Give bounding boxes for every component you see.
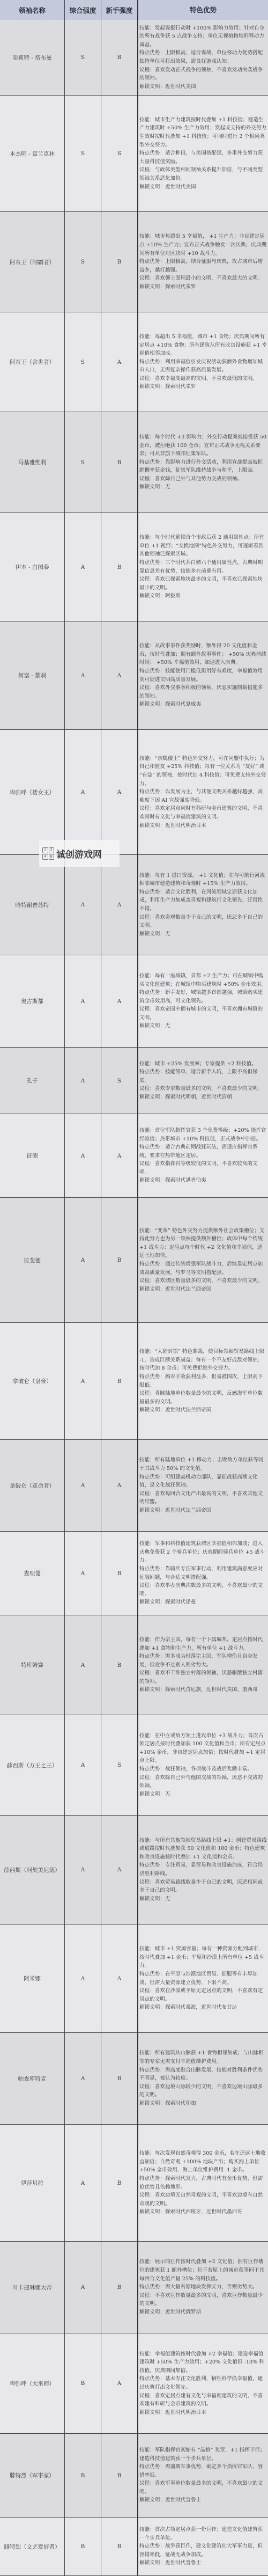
description-line: 解锁文明：探索时代夏威夷 — [139, 700, 267, 709]
novice-strength: S — [101, 96, 138, 211]
description-line: 解锁文明：近世时代法兰西帝国 — [139, 1506, 267, 1515]
feature-description: 技能：城市每超出 5 幸福值， +1 生产力；非自建定居点 +10% 生产力；宣… — [138, 212, 268, 312]
description-line: 技能：每次发现自然奇观得 300 金币，若在遥远土地收益加倍；自然奇观 +100… — [139, 2149, 267, 2175]
watermark: 2 2 4 8 诚创游戏网 — [39, 840, 120, 867]
leader-name: 帕查库特克 — [0, 2033, 65, 2124]
description-line: 技能：“大陆封锁” 特色制裁，使目标领袖贸易路线上限 -1，造成巨额关系减益；每… — [139, 1348, 267, 1373]
table-row: 阿育王（制霸者）SB技能：城市每超出 5 幸福值， +1 生产力；非自建定居点 … — [0, 212, 268, 312]
description-line: 议程：喜欢军事单位数量最多的文明，不喜欢最少的文明。 — [139, 2479, 267, 2496]
description-line: 特点优势：利用幸福值引发庆祝活动获额外食物增加城市人口，无需复杂操作获高质量发展… — [139, 358, 267, 375]
logo-digit: 4 — [42, 854, 48, 860]
description-line: 技能：作为宗主国，每有一个下属城邦，定居点按时代叠加 +1 食物和生产力，所有单… — [139, 1636, 267, 1652]
table-row: 薛西斯（万王之王）AS技能：在中立或敌方领土进攻单位 +3 战斗力；首次占领定居… — [0, 1715, 268, 1816]
description-line: 特点优势：需前期军事优势，确定多个指挥官军队，容错率低。 — [139, 2463, 267, 2479]
leader-name: 哈特谢普苏特 — [0, 855, 65, 955]
description-line: 议程：喜欢城区数量最多的文明，不喜欢最少的文明。 — [139, 1277, 267, 1285]
description-line: 议程：与政体类型相同领袖关系提升加倍，与不同类型领袖关系恶化加倍。 — [139, 166, 267, 182]
description-line: 解锁文明：探索时代满者伯夷 — [139, 1176, 267, 1185]
novice-strength: B — [101, 2125, 138, 2241]
novice-strength: A — [101, 2333, 138, 2433]
leader-name: 薛西斯（万王之王） — [0, 1715, 65, 1815]
novice-strength: S — [101, 1715, 138, 1815]
overall-strength: S — [65, 312, 101, 412]
novice-strength: B — [101, 2242, 138, 2333]
novice-strength: A — [101, 1114, 138, 1197]
leader-name: 拉斐德 — [0, 1198, 65, 1322]
feature-description: 技能：军队指挥官初始有 “品格” 奖章，+1 指挥半径；建造科技值建筑获一个步兵… — [138, 2434, 268, 2517]
description-line: 技能：在中立或敌方领土进攻单位 +3 战斗力；首次占领定居点按时代叠加获 100… — [139, 1732, 267, 1765]
feature-description: 技能：每有一座城镇，首都 +2 生产力；可在城镇中购买文化值建筑；在城镇中购买建… — [138, 955, 268, 1047]
watermark-text: 诚创游戏网 — [56, 847, 102, 860]
feature-description: 技能：“变革” 特色外交努力提供额外社会政策槽位；支持此努力也为另一领袖提供额外… — [138, 1198, 268, 1322]
description-line: 特点优势：搞对手收获利益多，但易被围攻，上限高下限低。 — [139, 1373, 267, 1389]
description-line: 议程：喜欢定居点同时有科研与金币建筑的文明，不喜欢同时有文化与幸福度建筑的文明。 — [139, 804, 267, 821]
leader-name: 特库姆赛 — [0, 1615, 65, 1715]
feature-description: 技能：每个时代解锁首个市政后获 2 通用属性点；所有单位 +1 视野；“交换地图… — [138, 513, 268, 621]
novice-strength: B — [101, 212, 138, 312]
description-line: 技能：城市 +1 资源容量；每有一种资源分配到城市，按时代叠加 +1 金币；平原… — [139, 1945, 267, 1970]
table-row: 本杰明 - 富兰克林SS技能：城市生产力建筑按时代叠加 +1 科技值；建造生产力… — [0, 96, 268, 212]
description-line: 议程：喜欢除自己外与他国交战的领袖，厌恶不交战的领袖。 — [139, 1774, 267, 1790]
leader-name: 马基雅维利 — [0, 412, 65, 513]
table-row: 卑弥呼（大巫师）BA技能：幸福值建筑按时代叠加 +2 幸福值；建造幸福值建筑时 … — [0, 2333, 268, 2434]
table-row: 拉斐德AB技能：“变革” 特色外交努力提供额外社会政策槽位；支持此努力也为另一领… — [0, 1198, 268, 1323]
description-line: 解锁文明：探索时代诺曼 — [139, 1598, 267, 1607]
description-line: 特点优势：上限极高，适合谍战，单位移动力优势搭配独特单位可打出效果，需良好游戏认… — [139, 49, 267, 65]
novice-strength: A — [101, 312, 138, 412]
logo-digit: 8 — [49, 854, 55, 860]
description-line: 解锁文明：无 — [139, 1022, 267, 1030]
feature-description: 技能：与所有其他领袖贸易路线上限 +1；创建贸易路线或道路按时代叠加获 50 文… — [138, 1816, 268, 1924]
overall-strength: A — [65, 621, 101, 729]
description-line: 解锁文明：探索时代西班牙，近世时代墨西哥 — [139, 2208, 267, 2216]
description-line: 议程：喜欢帝国中拥有城市的文明，不喜欢拥有城镇的文明。 — [139, 1005, 267, 1022]
feature-description: 技能：所有建筑从山脉获 +1 食物相邻加成；与山脉相邻的专家无需支付幸福值维护费… — [138, 2033, 268, 2124]
description-line: 特点优势：新手友好，城镇越多首都越强，城镇购买建筑金币效用高，可文化领先。 — [139, 989, 267, 1005]
description-line: 解锁文明：探索时代朱罗 — [139, 383, 267, 391]
description-line: 议程：喜欢贸易路线数量少于自己的文明，厌恶相同或多于自己的文明。 — [139, 1878, 267, 1895]
overall-strength: S — [65, 212, 101, 312]
novice-strength: S — [101, 1048, 138, 1114]
description-line: 特点优势：上限极高，结合征服与庆典，攻占城市后增益多，越打越强。 — [139, 258, 267, 274]
description-line: 技能：城市每超出 5 幸福值， +1 生产力；非自建定居点 +10% 生产力；宣… — [139, 232, 267, 258]
leader-name: 本杰明 - 富兰克林 — [0, 96, 65, 211]
description-line: 解锁文明：无 — [139, 483, 267, 492]
feature-description: 技能：发起谍报行动时 +100% 影响力效用；针对自身的所有战争获 5 点战争支… — [138, 20, 268, 95]
feature-description: 技能：首次占领定居点获一份巨作；建造文化值建筑获一个步兵单位。特点优势：战争获巨… — [138, 2518, 268, 2575]
logo-digit: 2 — [49, 847, 55, 853]
logo-digit: 2 — [42, 847, 48, 853]
description-line: 议程：喜欢定居点建有文化与幸福度建筑的文明，不喜欢建有科研与金币建筑的文明。 — [139, 2392, 267, 2409]
overall-strength: A — [65, 1715, 101, 1815]
table-row: 拿破仑（革命者）AA技能：所有陆地单位 +1 移动力；击败敌方单位获等同于其战斗… — [0, 1440, 268, 1532]
leader-name: 阿米娜 — [0, 1924, 65, 2032]
leader-name: 查理曼 — [0, 1532, 65, 1615]
leader-name: 阿育王（制霸者） — [0, 212, 65, 312]
description-line: 解锁文明：无 — [139, 1895, 267, 1904]
description-line: 技能：军事和科技值建筑获城区幸福值相邻加成；进入庆典免费获 2 个骑兵单位；庆典… — [139, 1540, 267, 1565]
overall-strength: A — [65, 730, 101, 854]
overall-strength: S — [65, 412, 101, 513]
description-line: 特点优势：通过传统增强军队战斗力，后续靠定居点加成高质量发展，与罗马等文明搭配强… — [139, 1260, 267, 1277]
description-line: 议程：青睐陆地单位数量最少的文明，反感海军单位数量最多的文明。 — [139, 1389, 267, 1406]
table-row: 腓特烈（军事家）BB技能：军队指挥官初始有 “品格” 奖章，+1 指挥半径；建造… — [0, 2434, 268, 2518]
novice-strength: B — [101, 513, 138, 621]
feature-description: 技能：所有陆地单位 +1 移动力；击败敌方单位获等同于其战斗力 50% 的文化值… — [138, 1440, 268, 1531]
overall-strength: A — [65, 1198, 101, 1322]
leader-name: 卑弥呼（大巫师） — [0, 2333, 65, 2433]
overall-strength: A — [65, 1532, 101, 1615]
table-row: 奥古斯都AA技能：每有一座城镇，首都 +2 生产力；可在城镇中购买文化值建筑；在… — [0, 955, 268, 1048]
feature-description: 技能：“大陆封锁” 特色制裁，使目标领袖贸易路线上限 -1，造成巨额关系减益；每… — [138, 1323, 268, 1439]
description-line: 特点优势：适合古典前期战狂玩法，需适应指挥官系统，要求在热带地区定居。 — [139, 1143, 267, 1160]
novice-strength: B — [101, 2434, 138, 2517]
leader-name: 腓特烈（文艺爱好者） — [0, 2518, 65, 2575]
table-row: 伊本 - 白图泰AB技能：每个时代解锁首个市政后获 2 通用属性点；所有单位 +… — [0, 513, 268, 621]
description-line: 解锁文明：探索时代朱罗 — [139, 283, 267, 291]
feature-description: 技能：城市 +25% 发展率；专家提供 +2 科技值。特点优势：技能简单，适合新… — [138, 1048, 268, 1114]
description-line: 议程：喜欢除自己外与其他势力交战的领袖。 — [139, 475, 267, 484]
description-line: 技能：首位军队指挥官获 3 个免费等级；+20% 指挥官经验值；热带城市 +10… — [139, 1126, 267, 1143]
description-line: 解锁文明：近世时代普鲁士 — [139, 2559, 267, 2567]
description-line: 技能：幸福值建筑按时代叠加 +2 幸福值；建造幸福值建筑时 +50% 生产力效用… — [139, 2350, 267, 2375]
description-line: 技能：“变革” 特色外交努力提供额外社会政策槽位；支持此努力也为另一领袖提供额外… — [139, 1227, 267, 1260]
table-row: 征侧AA技能：首位军队指挥官获 3 个免费等级；+20% 指挥官经验值；热带城市… — [0, 1114, 268, 1198]
description-line: 议程：喜欢每回合文化产出最高的文明，不喜欢其他文明结盟。 — [139, 1490, 267, 1506]
description-line: 特点优势：战狂领袖，各项战斗及战后奖励丰富。 — [139, 1765, 267, 1774]
description-line: 特点优势：以发展为主，与其他文明关系越好越强，高难度下因 AI 宣战强度降低。 — [139, 788, 267, 804]
description-line: 解锁文明：近世时代普鲁士 — [139, 2496, 267, 2505]
description-line: 解锁文明：无 — [139, 1790, 267, 1799]
feature-description: 技能：幸福值建筑按时代叠加 +2 幸福值；建造幸福值建筑时 +50% 生产力效用… — [138, 2333, 268, 2433]
overall-strength: A — [65, 1816, 101, 1924]
description-line: 议程：喜欢专家数量最多的文明，不喜欢最少的文明。 — [139, 1085, 267, 1093]
description-line: 议程：喜欢奇观数量少于自己的文明，厌恶多于自己的文明。 — [139, 913, 267, 930]
description-line: 议程：喜欢不干涉独立村落的领袖，厌恶驱散独立村落的领袖。 — [139, 1669, 267, 1686]
description-line: 议程：喜欢外交事务积极的领袖，厌恶实施制裁措施多的领袖。 — [139, 684, 267, 700]
description-line: 解锁文明：无 — [139, 930, 267, 939]
description-line: 议程：喜欢在沙漠或平原无定居点的文明，不喜欢有定居点的文明。 — [139, 1987, 267, 2003]
description-line: 解锁文明：近世时代法兰西帝国 — [139, 1406, 267, 1415]
description-line: 特点优势：可组建高机动力部队，靠征战获高额文化值，是文化战狂领袖。 — [139, 1473, 267, 1490]
leader-name: 孔子 — [0, 1048, 65, 1114]
description-line: 特点优势：探索时代发力，古典时代有金币优势，但需抢优势且依赖地形。 — [139, 2175, 267, 2191]
description-line: 解锁文明：探索时代印加 — [139, 2099, 267, 2108]
table-header: 领袖名称 综合强度 新手强度 特色优势 — [0, 0, 268, 20]
novice-strength: A — [101, 730, 138, 854]
overall-strength: A — [65, 1114, 101, 1197]
overall-strength: A — [65, 1924, 101, 2032]
description-line: 技能：展示的巨作按时代叠加 +2 文化值；拥有巨作槽位的建筑获 1 额外槽位；位… — [139, 2258, 267, 2283]
watermark-logo-icon: 2 2 4 8 — [42, 847, 54, 859]
description-line: 技能：每有一座城镇，首都 +2 生产力；可在城镇中购买文化值建筑；在城镇中购买建… — [139, 972, 267, 989]
overall-strength: B — [65, 2434, 101, 2517]
leader-name: 何塞 - 黎刹 — [0, 621, 65, 729]
leader-name: 阿育王（舍世者） — [0, 312, 65, 412]
novice-strength: B — [101, 2518, 138, 2575]
overall-strength: A — [65, 1440, 101, 1531]
novice-strength: B — [101, 2033, 138, 2124]
header-overall-strength: 综合强度 — [65, 0, 101, 20]
description-line: 议程：不喜欢巨作数量最多的文明，喜欢巨作数量最少的文明。 — [139, 2292, 267, 2308]
description-line: 议程：喜欢已探索地块最多的文明，不喜欢已探索地块最少的文明。 — [139, 575, 267, 592]
leader-name: 伊莎贝拉 — [0, 2125, 65, 2241]
description-line: 议程：喜欢发动正式战争的领袖，不喜欢发动突袭战争的领袖。 — [139, 66, 267, 83]
leader-name: 征侧 — [0, 1114, 65, 1197]
table-row: 哈特谢普苏特AA技能：每有 1 进口资源， +1 文化值；在与可航行河流相邻城市… — [0, 855, 268, 955]
description-line: 技能：所有陆地单位 +1 移动力；击败敌方单位获等同于其战斗力 50% 的文化值… — [139, 1456, 267, 1473]
novice-strength: B — [101, 1198, 138, 1322]
feature-description: 技能：从故事事件获奖励时，额外得 20 文化值和金币，按时代叠加；拥有额外故事事… — [138, 621, 268, 729]
description-line: 技能：所有建筑从山脉获 +1 食物相邻加成；与山脉相邻的专家无需支付幸福值维护费… — [139, 2049, 267, 2066]
overall-strength: A — [65, 513, 101, 621]
overall-strength: B — [65, 2518, 101, 2575]
table-row: 查理曼AB技能：军事和科技值建筑获城区幸福值相邻加成；进入庆典免费获 2 个骑兵… — [0, 1532, 268, 1615]
description-line: 特点优势：需大量苔原地块发挥实力，否则劣势大。 — [139, 2283, 267, 2292]
description-line: 技能：军队指挥官初始有 “品格” 奖章，+1 指挥半径；建造科技值建筑获一个步兵… — [139, 2446, 267, 2463]
table-row: 伊莎贝拉AB技能：每次发现自然奇观得 300 金币，若在遥远土地收益加倍；自然奇… — [0, 2125, 268, 2242]
novice-strength: B — [101, 1323, 138, 1439]
description-line: 解锁文明：探索时代桑海，近世时代布甘达 — [139, 2003, 267, 2012]
description-line: 特点优势：需多成为村落宗主国，军队增伤且自身发展，但竞争不过别人则劣势大。 — [139, 1652, 267, 1669]
feature-description: 技能：展示的巨作按时代叠加 +2 文化值；拥有巨作槽位的建筑获 1 额外槽位；位… — [138, 2242, 268, 2333]
description-line: 解锁文明：探索时代明朝，近世时代清朝 — [139, 1093, 267, 1102]
feature-description: 技能：城市 +1 资源容量；每有一种资源分配到城市，按时代叠加 +1 金币；平原… — [138, 1924, 268, 2032]
novice-strength: A — [101, 1924, 138, 2032]
description-line: 解锁文明：近世时代美国 — [139, 83, 267, 91]
leader-name: 薛西斯（阿契美尼德） — [0, 1816, 65, 1924]
description-line: 特点优势：靠影响力进行外交活动，利用宣战提高被拒绝概率获金钱，征集军队维持战争与… — [139, 458, 267, 475]
overall-strength: A — [65, 955, 101, 1047]
leader-name: 拿破仑（皇帝） — [0, 1323, 65, 1439]
table-row: 马基雅维利SB技能：每个时代 +3 影响力；外交行动提案被接受获 50 金币，被… — [0, 412, 268, 513]
overall-strength: S — [65, 20, 101, 95]
feature-description: 技能：每超出 5 幸福值，城市 +1 食物；庆典期间所有定居点 +10% 食物；… — [138, 312, 268, 412]
feature-description: 技能：城市生产力建筑按时代叠加 +1 科技值；建造生产力建筑时 +50% 生产力… — [138, 96, 268, 211]
description-line: 技能：每超出 5 幸福值，城市 +1 食物；庆典期间所有定居点 +10% 食物；… — [139, 333, 267, 358]
description-line: 技能：发起谍报行动时 +100% 影响力效用；针对自身的所有战争获 5 点战争支… — [139, 24, 267, 49]
description-line: 技能：每个时代 +3 影响力；外交行动提案被接受获 50 金币，被拒绝获 100… — [139, 433, 267, 458]
description-line: 特点优势：基本专注文化胜利，牺牲科学换幸福值，通过庆典打出文化领先。 — [139, 2375, 267, 2391]
feature-description: 技能：每个时代 +3 影响力；外交行动提案被接受获 50 金币，被拒绝获 100… — [138, 412, 268, 513]
description-line: 技能：“亲魏倭王” 特色外交努力，可在同盟中执行；为自己和盟友 +25% 科技值… — [139, 755, 267, 788]
description-line: 议程：喜欢指挥官等级较低的文明，不喜欢较高的文明。 — [139, 1160, 267, 1176]
feature-description: 技能：在中立或敌方领土进攻单位 +3 战斗力；首次占领定居点按时代叠加获 100… — [138, 1715, 268, 1815]
description-line: 技能：每有 1 进口资源， +1 文化值；在与可航行河流相邻城市建造建筑和奇观时… — [139, 872, 267, 888]
description-line: 议程：喜欢边境山脉较少的文明，不喜欢边境山脉最多的文明。 — [139, 2083, 267, 2099]
overall-strength: A — [65, 855, 101, 955]
overall-strength: A — [65, 1323, 101, 1439]
description-line: 特点优势：专注贸易，靠贸易和改良设施加成，符合经济胜利路线。 — [139, 1861, 267, 1878]
novice-strength: A — [101, 1440, 138, 1531]
feature-description: 技能：每次发现自然奇观得 300 金币，若在遥远土地收益加倍；自然奇观 +100… — [138, 2125, 268, 2241]
overall-strength: A — [65, 1048, 101, 1114]
description-line: 技能：与所有其他领袖贸易路线上限 +1；创建贸易路线或道路按时代叠加获 50 文… — [139, 1836, 267, 1862]
novice-strength: B — [101, 412, 138, 513]
table-row: 哈莉特 - 塔布曼SB技能：发起谍报行动时 +100% 影响力效用；针对自身的所… — [0, 20, 268, 96]
feature-description: 技能：首位军队指挥官获 3 个免费等级；+20% 指挥官经验值；热带城市 +10… — [138, 1114, 268, 1197]
table-row: 卑弥呼（倭女王）AA技能：“亲魏倭王” 特色外交努力，可在同盟中执行；为自己和盟… — [0, 730, 268, 855]
header-features: 特色优势 — [138, 0, 268, 20]
overall-strength: A — [65, 2242, 101, 2333]
description-line: 技能：城市 +25% 发展率；专家提供 +2 科技值。 — [139, 1060, 267, 1069]
overall-strength: A — [65, 1615, 101, 1715]
description-line: 议程：喜欢幸福度最高的文明，不喜欢最低的文明。 — [139, 375, 267, 383]
description-line: 特点优势：适合文化胜利，在河流领域定居获文化加成，利用生产力加成盖奇观和建筑打文… — [139, 888, 267, 913]
description-line: 解锁文明：近世时代明治日本 — [139, 2409, 267, 2417]
overall-strength: A — [65, 2125, 101, 2241]
novice-strength: B — [101, 1532, 138, 1615]
leader-name: 哈莉特 - 塔布曼 — [0, 20, 65, 95]
description-line: 解锁文明：近世时代明治日本 — [139, 822, 267, 830]
leader-name: 奥古斯都 — [0, 955, 65, 1047]
novice-strength: A — [101, 1816, 138, 1924]
description-line: 议程：喜欢举办庆典次数最多的文明，不喜欢最少的文明。 — [139, 1582, 267, 1598]
description-line: 解锁文明：探索时代肖尼族，近世时代美国、墨西哥 — [139, 1686, 267, 1694]
description-line: 技能：城市生产力建筑按时代叠加 +1 科技值；建造生产力建筑时 +50% 生产力… — [139, 116, 267, 149]
description-line: 解锁文明：近世时代俄罗斯 — [139, 2308, 267, 2317]
feature-description: 技能：军事和科技值建筑获城区幸福值相邻加成；进入庆典免费获 2 个骑兵单位；庆典… — [138, 1532, 268, 1615]
description-line: 特点优势：靠骑兵专注军事行动，利用建筑满意度应对征服问题，与合适文明搭配强。 — [139, 1565, 267, 1582]
feature-description: 技能：每有 1 进口资源， +1 文化值；在与可航行河流相邻城市建造建筑和奇观时… — [138, 855, 268, 955]
novice-strength: A — [101, 855, 138, 955]
description-line: 特点优势：在平原与沙漠地区贸易、征服等有丰厚加成，但需大量资源建立优势，下限不高… — [139, 1970, 267, 1987]
leader-name: 伊本 - 白图泰 — [0, 513, 65, 621]
description-line: 解锁文明：近世时代法兰西帝国 — [139, 1285, 267, 1294]
overall-strength: A — [65, 2033, 101, 2124]
novice-strength: A — [101, 621, 138, 729]
novice-strength: B — [101, 20, 138, 95]
leader-name: 卑弥呼（倭女王） — [0, 730, 65, 854]
header-leader-name: 领袖名称 — [0, 0, 65, 20]
header-novice-strength: 新手强度 — [101, 0, 138, 20]
leader-name: 叶卡捷琳娜大帝 — [0, 2242, 65, 2333]
description-line: 特点优势：需高度贴合山脉发展，技能对胜利条件优势不明显，被认为较废。 — [139, 2066, 267, 2083]
description-line: 技能：每个时代解锁首个市政后获 2 通用属性点；所有单位 +1 视野；“交换地图… — [139, 533, 267, 559]
table-row: 腓特烈（文艺爱好者）BB技能：首次占领定居点获一份巨作；建造文化值建筑获一个步兵… — [0, 2518, 268, 2576]
table-row: 阿育王（舍世者）SA技能：每超出 5 幸福值，城市 +1 食物；庆典期间所有定居… — [0, 312, 268, 412]
feature-description: 技能：“亲魏倭王” 特色外交努力，可在同盟中执行；为自己和盟友 +25% 科技值… — [138, 730, 268, 854]
table-row: 何塞 - 黎刹AA技能：从故事事件获奖励时，额外得 20 文化值和金币，按时代叠… — [0, 621, 268, 730]
description-line: 特点优势：三个时代共白嫖六个通用属性点，古典时期靠信息差有优势，技能多在前期有用… — [139, 559, 267, 575]
description-line: 解锁文明：近世时代美国 — [139, 183, 267, 192]
leader-name: 拿破仑（革命者） — [0, 1440, 65, 1531]
table-row: 特库姆赛AB技能：作为宗主国，每有一个下属城邦，定居点按时代叠加 +1 食物和生… — [0, 1615, 268, 1715]
novice-strength: A — [101, 955, 138, 1047]
leader-name: 腓特烈（军事家） — [0, 2434, 65, 2517]
description-line: 议程：喜欢边境无自然奇观的文明，不喜欢边境有自然奇观的文明。 — [139, 2191, 267, 2208]
description-line: 特点优势：技能使用门槛低但用好有难度，幸福值效用高可促进文明高质量发展。 — [139, 667, 267, 684]
table-row: 薛西斯（阿契美尼德）AA技能：与所有其他领袖贸易路线上限 +1；创建贸易路线或道… — [0, 1816, 268, 1924]
overall-strength: B — [65, 2333, 101, 2433]
feature-description: 技能：作为宗主国，每有一个下属城邦，定居点按时代叠加 +1 食物和生产力，所有单… — [138, 1615, 268, 1715]
description-line: 议程：喜欢领土面积最小的文明，不喜欢最大的文明。 — [139, 274, 267, 283]
description-line: 解锁文明：阿拔斯 — [139, 592, 267, 601]
novice-strength: B — [101, 1615, 138, 1715]
table-row: 叶卡捷琳娜大帝AB技能：展示的巨作按时代叠加 +2 文化值；拥有巨作槽位的建筑获… — [0, 2242, 268, 2333]
table-row: 孔子AS技能：城市 +25% 发展率；专家提供 +2 科技值。特点优势：技能简单… — [0, 1048, 268, 1114]
table-row: 帕查库特克AB技能：所有建筑从山脉获 +1 食物相邻加成；与山脉相邻的专家无需支… — [0, 2033, 268, 2125]
description-line: 技能：从故事事件获奖励时，额外得 20 文化值和金币，按时代叠加；拥有额外故事事… — [139, 642, 267, 667]
overall-strength: S — [65, 96, 101, 211]
table-row: 拿破仑（皇帝）AB技能：“大陆封锁” 特色制裁，使目标领袖贸易路线上限 -1，造… — [0, 1323, 268, 1440]
table-row: 阿米娜AA技能：城市 +1 资源容量；每有一种资源分配到城市，按时代叠加 +1 … — [0, 1924, 268, 2033]
description-line: 特点优势：战争获巨作，建文化建筑壮大军事力量，但容错率低，征战无战争加成。 — [139, 2542, 267, 2559]
description-line: 特点优势：适合种田，与美国搭配强，多重外交努力获大量科技值奖励。 — [139, 149, 267, 166]
description-line: 技能：首次占领定居点获一份巨作；建造文化值建筑获一个步兵单位。 — [139, 2526, 267, 2542]
description-line: 特点优势：技能简单，适合新手入坑，上限不高但保底。 — [139, 1068, 267, 1085]
